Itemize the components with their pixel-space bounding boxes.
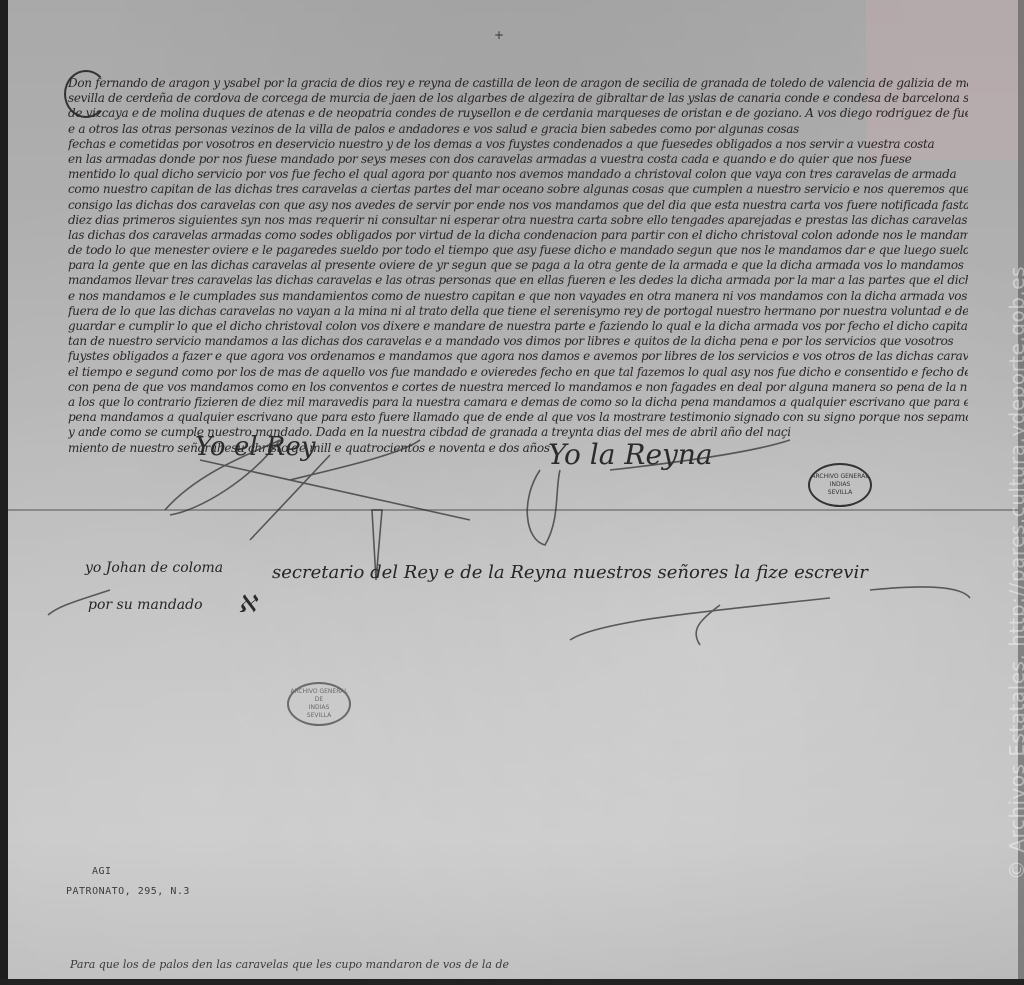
stamp-text: SEVILLA [307, 712, 331, 720]
signature-flourishes [0, 0, 1024, 985]
stamp-text: DE [315, 696, 323, 704]
secretary-rubric-icon: ℵ [238, 590, 256, 618]
secretary-name: yo Johan de coloma [85, 560, 223, 576]
stamp-text: SEVILLA [828, 489, 852, 497]
copyright-watermark: © Archivos Estatales, http://pares.cultu… [1005, 266, 1024, 880]
secretary-mandate: por su mandado [88, 597, 203, 613]
stamp-text: INDIAS [830, 481, 851, 489]
archive-stamp: ARCHIVO GENERAL INDIAS SEVILLA [808, 463, 872, 507]
archive-stamp-faint: ARCHIVO GENERAL DE INDIAS SEVILLA [287, 682, 351, 726]
secretary-attestation: secretario del Rey e de la Reyna nuestro… [272, 562, 868, 583]
archive-label-reference: PATRONATO, 295, N.3 [66, 886, 190, 897]
endorsement-line: Para que los de palos den las caravelas … [70, 958, 509, 971]
stamp-text: ARCHIVO GENERAL [811, 473, 868, 481]
stamp-text: INDIAS [309, 704, 330, 712]
stamp-text: ARCHIVO GENERAL [290, 688, 347, 696]
archive-label-agi: AGI [92, 866, 112, 877]
